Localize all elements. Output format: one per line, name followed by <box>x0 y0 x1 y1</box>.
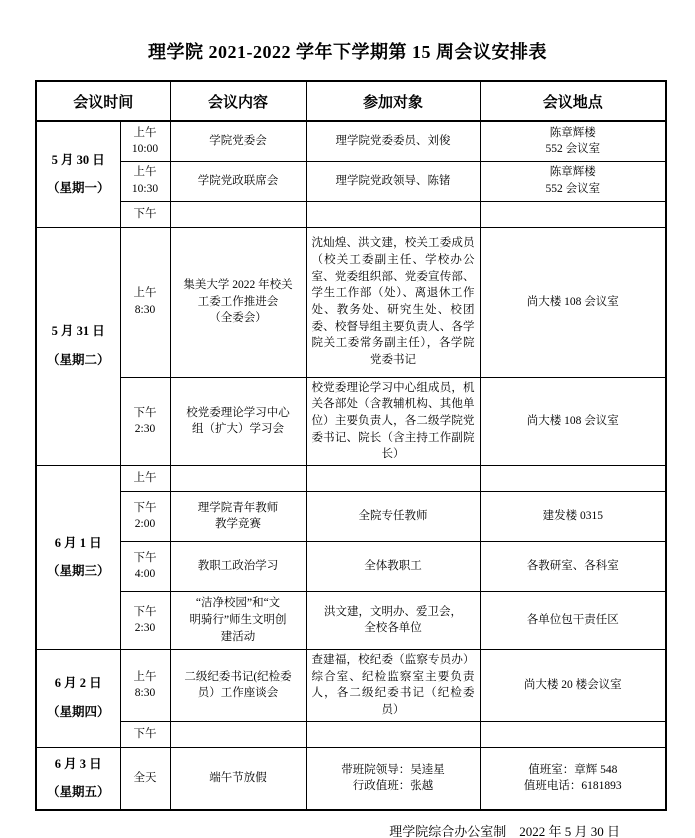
meeting-content-cell: 端午节放假 <box>170 747 306 810</box>
time-cell: 上午 10:00 <box>120 121 170 161</box>
location-cell: 建发楼 0315 <box>480 491 666 541</box>
time-cell: 下午 <box>120 201 170 227</box>
participants-cell: 沈灿煌、洪文建，校关工委成员（校关工委副主任、学校办公室、党委组织部、党委宣传部… <box>306 227 480 377</box>
meeting-content-cell <box>170 721 306 747</box>
table-row: 下午 <box>36 201 666 227</box>
participants-cell: 校党委理论学习中心组成员，机关各部处（含教辅机构、其他单位）主要负责人，各二级学… <box>306 377 480 465</box>
time-cell: 下午 2:00 <box>120 491 170 541</box>
time-cell: 上午 8:30 <box>120 649 170 721</box>
meeting-content-cell: 二级纪委书记(纪检委 员）工作座谈会 <box>170 649 306 721</box>
table-row: 5 月 31 日 （星期二） 上午 8:30 集美大学 2022 年校关 工委工… <box>36 227 666 377</box>
participants-cell <box>306 465 480 491</box>
meeting-content-cell: 学院党政联席会 <box>170 161 306 201</box>
location-cell: 陈章辉楼 552 会议室 <box>480 121 666 161</box>
table-row: 上午 10:30 学院党政联席会 理学院党政领导、陈锗 陈章辉楼 552 会议室 <box>36 161 666 201</box>
date-cell: 5 月 31 日 （星期二） <box>36 227 120 465</box>
participants-cell: 全体教职工 <box>306 541 480 591</box>
table-row: 下午 2:00 理学院青年教师 教学竞赛 全院专任教师 建发楼 0315 <box>36 491 666 541</box>
meeting-content-cell: 校党委理论学习中心 组（扩大）学习会 <box>170 377 306 465</box>
location-cell <box>480 721 666 747</box>
header-meeting-content: 会议内容 <box>170 81 306 121</box>
meeting-content-cell: 集美大学 2022 年校关 工委工作推进会 （全委会） <box>170 227 306 377</box>
header-location: 会议地点 <box>480 81 666 121</box>
meeting-content-cell: 学院党委会 <box>170 121 306 161</box>
time-cell: 下午 2:30 <box>120 377 170 465</box>
table-row: 5 月 30 日 （星期一） 上午 10:00 学院党委会 理学院党委委员、刘俊… <box>36 121 666 161</box>
time-cell: 上午 10:30 <box>120 161 170 201</box>
location-cell: 值班室：章辉 548 值班电话：6181893 <box>480 747 666 810</box>
participants-cell: 理学院党政领导、陈锗 <box>306 161 480 201</box>
participants-cell <box>306 201 480 227</box>
table-row: 6 月 3 日 （星期五） 全天 端午节放假 带班院领导：吴逵星 行政值班：张越… <box>36 747 666 810</box>
header-meeting-time: 会议时间 <box>36 81 170 121</box>
time-cell: 下午 4:00 <box>120 541 170 591</box>
participants-cell: 全院专任教师 <box>306 491 480 541</box>
location-cell: 尚大楼 20 楼会议室 <box>480 649 666 721</box>
meeting-content-cell <box>170 201 306 227</box>
date-cell: 6 月 2 日 （星期四） <box>36 649 120 747</box>
time-cell: 全天 <box>120 747 170 810</box>
table-row: 下午 2:30 “洁净校园”和“文 明骑行”师生文明创 建活动 洪文建，文明办、… <box>36 591 666 649</box>
footer-note: 理学院综合办公室制 2022 年 5 月 30 日 <box>35 821 665 838</box>
header-participants: 参加对象 <box>306 81 480 121</box>
location-cell <box>480 201 666 227</box>
header-row: 会议时间 会议内容 参加对象 会议地点 <box>36 81 666 121</box>
meeting-schedule-table: 会议时间 会议内容 参加对象 会议地点 5 月 30 日 （星期一） 上午 10… <box>35 80 667 811</box>
location-cell: 各单位包干责任区 <box>480 591 666 649</box>
location-cell: 尚大楼 108 会议室 <box>480 377 666 465</box>
location-cell: 陈章辉楼 552 会议室 <box>480 161 666 201</box>
time-cell: 上午 8:30 <box>120 227 170 377</box>
page-title: 理学院 2021-2022 学年下学期第 15 周会议安排表 <box>0 38 695 64</box>
location-cell <box>480 465 666 491</box>
table-row: 下午 2:30 校党委理论学习中心 组（扩大）学习会 校党委理论学习中心组成员，… <box>36 377 666 465</box>
meeting-content-cell: “洁净校园”和“文 明骑行”师生文明创 建活动 <box>170 591 306 649</box>
time-cell: 下午 2:30 <box>120 591 170 649</box>
table-row: 下午 <box>36 721 666 747</box>
table-row: 6 月 1 日 （星期三） 上午 <box>36 465 666 491</box>
date-cell: 6 月 1 日 （星期三） <box>36 465 120 649</box>
participants-cell <box>306 721 480 747</box>
table-row: 下午 4:00 教职工政治学习 全体教职工 各教研室、各科室 <box>36 541 666 591</box>
meeting-content-cell <box>170 465 306 491</box>
participants-cell: 理学院党委委员、刘俊 <box>306 121 480 161</box>
meeting-content-cell: 教职工政治学习 <box>170 541 306 591</box>
date-cell: 6 月 3 日 （星期五） <box>36 747 120 810</box>
participants-cell: 带班院领导：吴逵星 行政值班：张越 <box>306 747 480 810</box>
date-cell: 5 月 30 日 （星期一） <box>36 121 120 227</box>
participants-cell: 查建福，校纪委（监察专员办）综合室、纪检监察室主要负责人，各二级纪委书记（纪检委… <box>306 649 480 721</box>
table-row: 6 月 2 日 （星期四） 上午 8:30 二级纪委书记(纪检委 员）工作座谈会… <box>36 649 666 721</box>
meeting-content-cell: 理学院青年教师 教学竞赛 <box>170 491 306 541</box>
location-cell: 各教研室、各科室 <box>480 541 666 591</box>
participants-cell: 洪文建，文明办、爱卫会， 全校各单位 <box>306 591 480 649</box>
location-cell: 尚大楼 108 会议室 <box>480 227 666 377</box>
time-cell: 上午 <box>120 465 170 491</box>
time-cell: 下午 <box>120 721 170 747</box>
